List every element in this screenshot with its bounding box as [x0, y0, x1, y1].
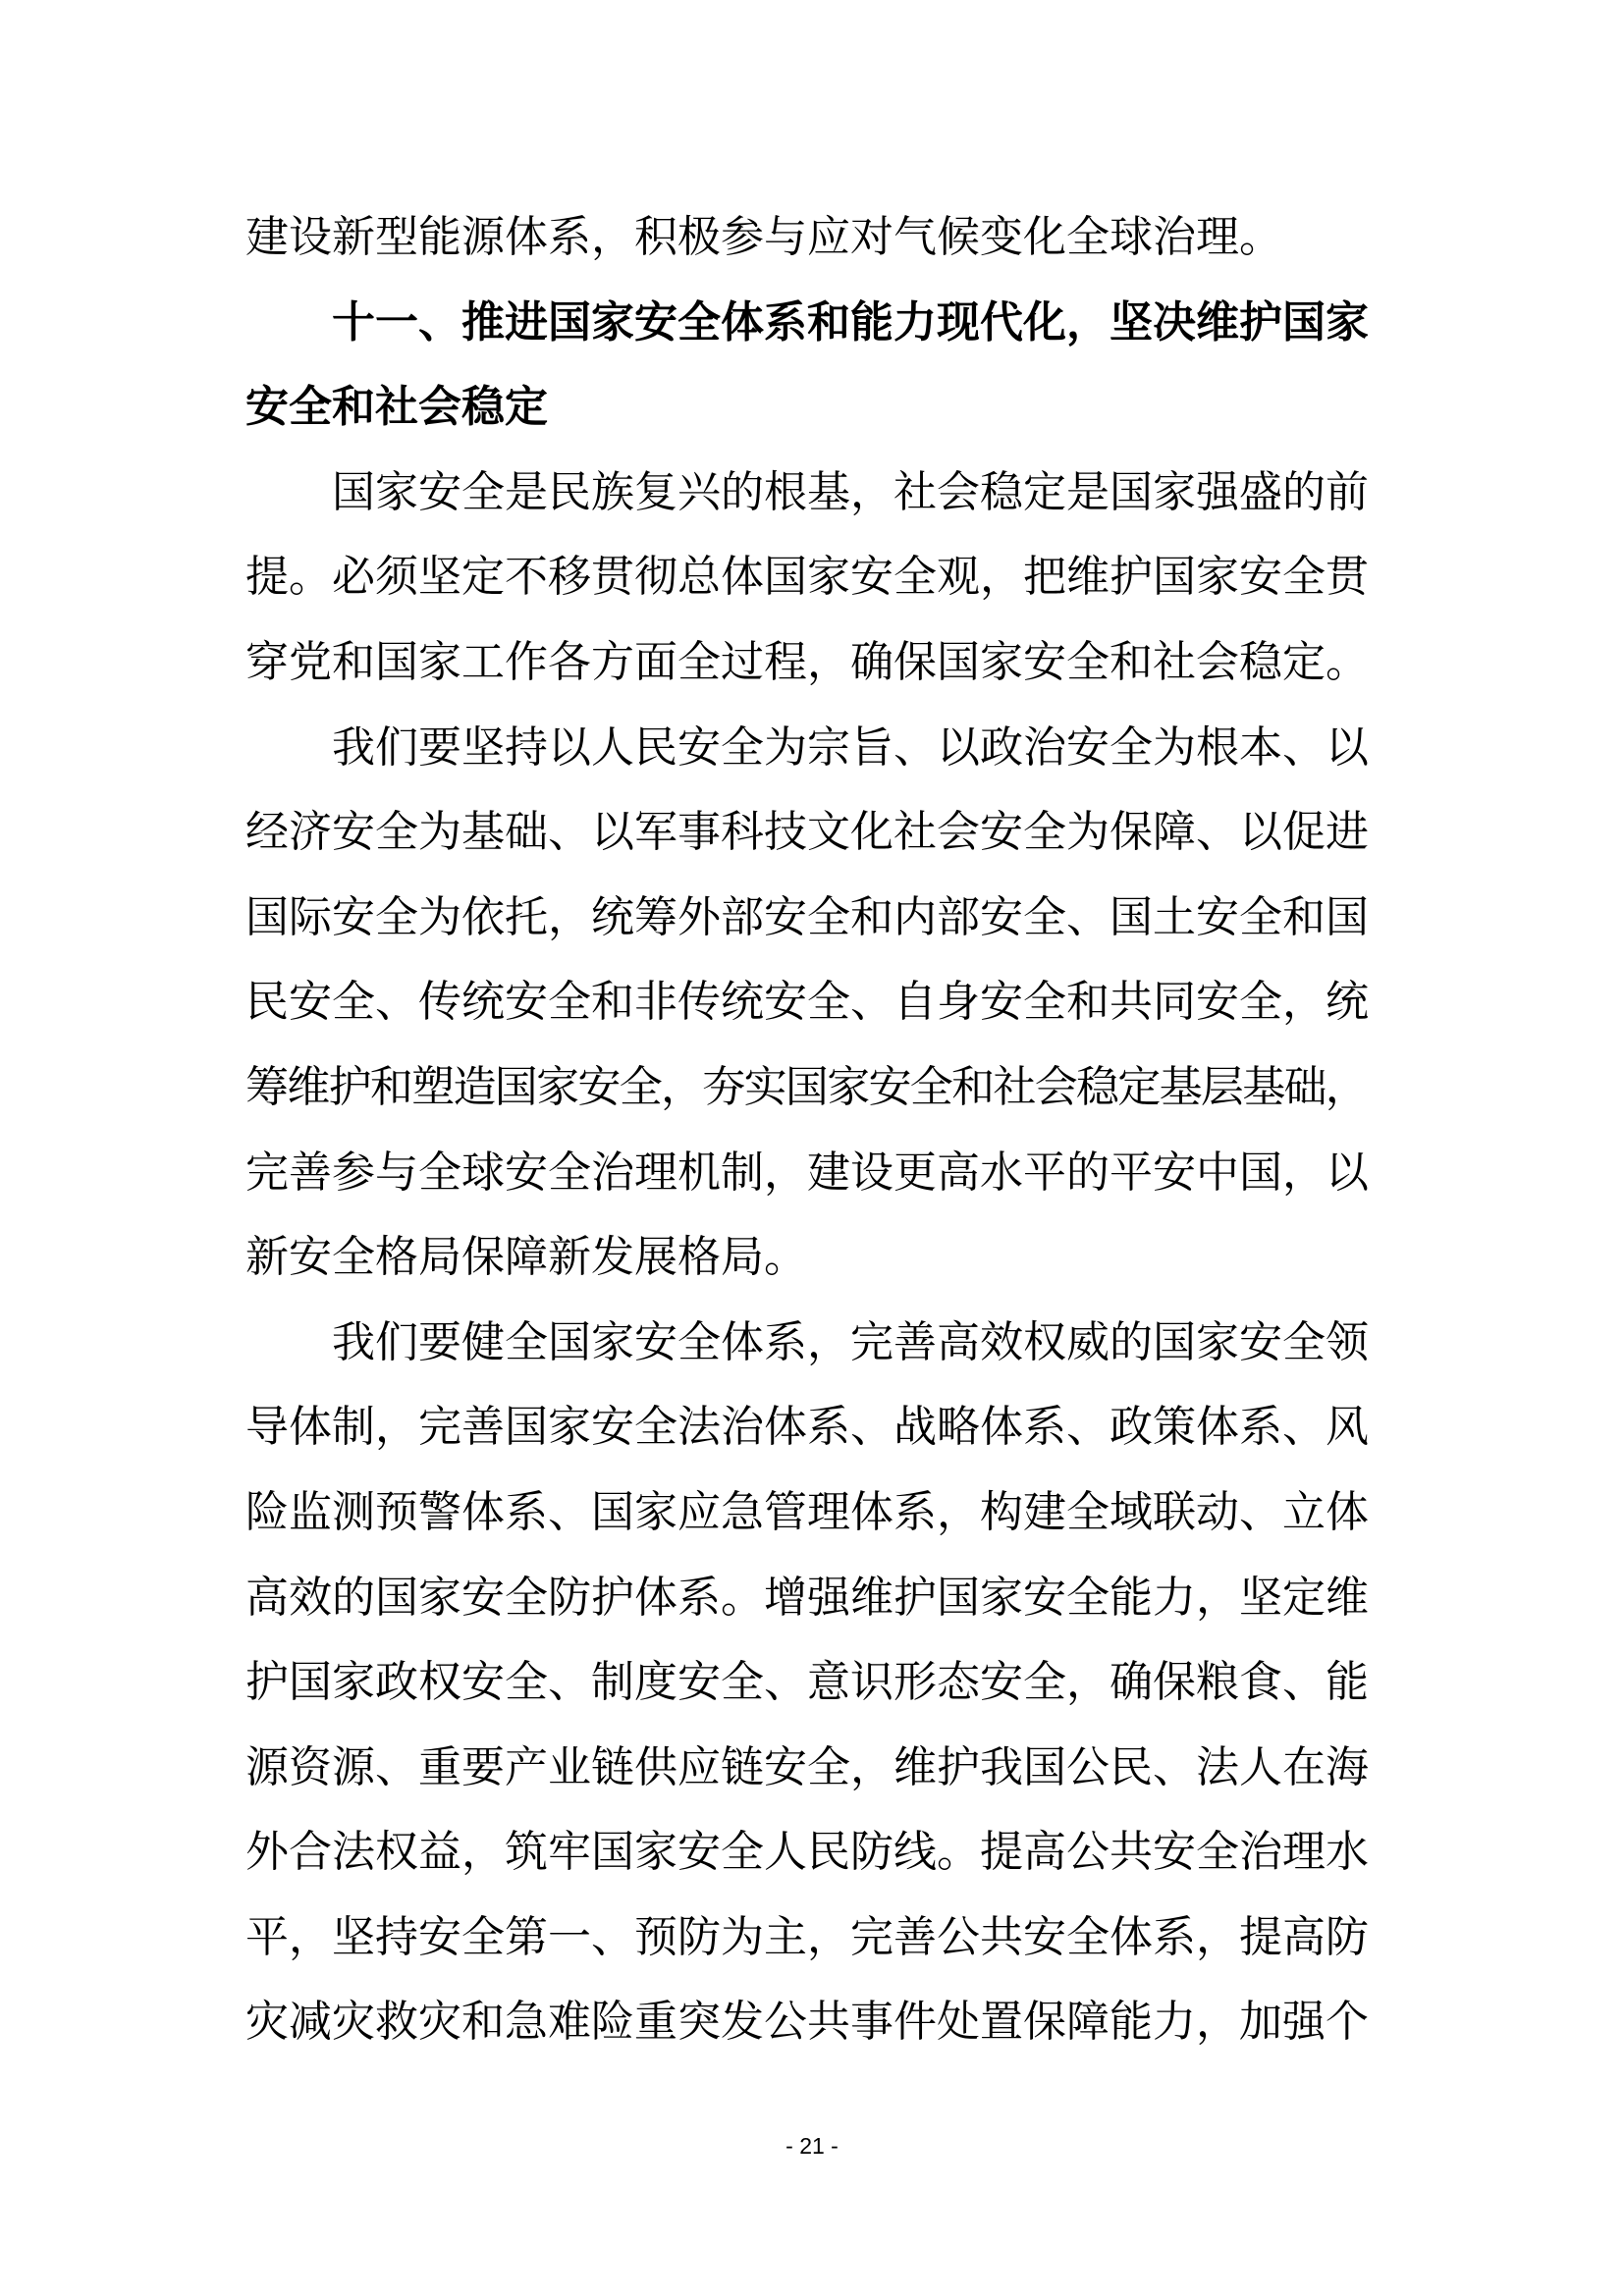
- text-line: 我们要坚持以人民安全为宗旨、以政治安全为根本、以: [245, 706, 1375, 791]
- text-line: 筹维护和塑造国家安全，夯实国家安全和社会稳定基层基础，: [245, 1045, 1375, 1131]
- text-line: 国际安全为依托，统筹外部安全和内部安全、国土安全和国: [245, 876, 1375, 961]
- text-line: 新安全格局保障新发展格局。: [245, 1215, 1375, 1301]
- text-line: 高效的国家安全防护体系。增强维护国家安全能力，坚定维: [245, 1556, 1375, 1641]
- section-heading-line-1: 十一、推进国家安全体系和能力现代化，坚决维护国家: [245, 281, 1375, 366]
- text-line: 提。必须坚定不移贯彻总体国家安全观，把维护国家安全贯: [245, 535, 1375, 620]
- text-line: 经济安全为基础、以军事科技文化社会安全为保障、以促进: [245, 790, 1375, 876]
- section-heading-line-2: 安全和社会稳定: [245, 365, 1375, 451]
- document-body: 建设新型能源体系，积极参与应对气候变化全球治理。 十一、推进国家安全体系和能力现…: [245, 195, 1375, 2065]
- text-line: 险监测预警体系、国家应急管理体系，构建全域联动、立体: [245, 1470, 1375, 1556]
- text-line: 民安全、传统安全和非传统安全、自身安全和共同安全，统: [245, 960, 1375, 1045]
- text-line: 源资源、重要产业链供应链安全，维护我国公民、法人在海: [245, 1726, 1375, 1811]
- text-line: 建设新型能源体系，积极参与应对气候变化全球治理。: [245, 195, 1375, 281]
- text-line: 灾减灾救灾和急难险重突发公共事件处置保障能力，加强个: [245, 1980, 1375, 2065]
- text-line: 平，坚持安全第一、预防为主，完善公共安全体系，提高防: [245, 1896, 1375, 1981]
- text-line: 导体制，完善国家安全法治体系、战略体系、政策体系、风: [245, 1385, 1375, 1470]
- text-line: 我们要健全国家安全体系，完善高效权威的国家安全领: [245, 1301, 1375, 1386]
- text-line: 完善参与全球安全治理机制，建设更高水平的平安中国，以: [245, 1131, 1375, 1216]
- text-line: 外合法权益，筑牢国家安全人民防线。提高公共安全治理水: [245, 1810, 1375, 1896]
- text-line: 国家安全是民族复兴的根基，社会稳定是国家强盛的前: [245, 451, 1375, 536]
- document-page: 建设新型能源体系，积极参与应对气候变化全球治理。 十一、推进国家安全体系和能力现…: [0, 0, 1624, 2296]
- text-line: 护国家政权安全、制度安全、意识形态安全，确保粮食、能: [245, 1640, 1375, 1726]
- text-line: 穿党和国家工作各方面全过程，确保国家安全和社会稳定。: [245, 620, 1375, 706]
- page-number: - 21 -: [0, 2128, 1624, 2163]
